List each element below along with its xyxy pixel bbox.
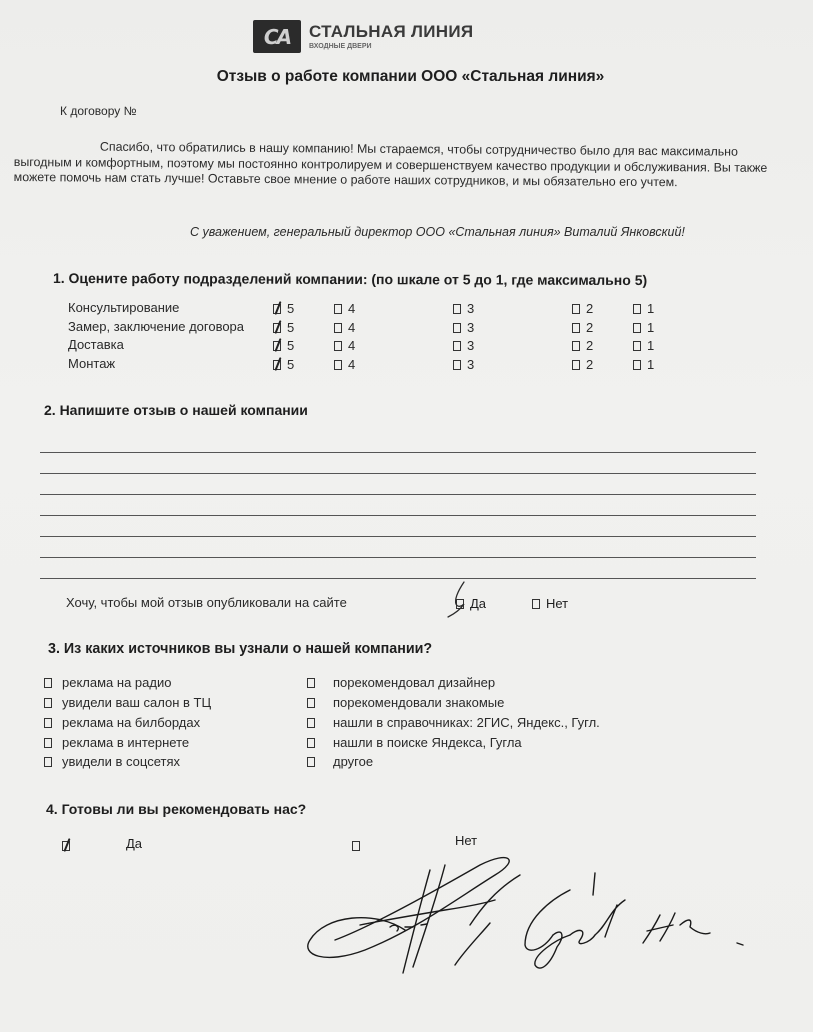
writing-line bbox=[40, 578, 756, 579]
rating-checkbox[interactable] bbox=[572, 323, 580, 333]
logo-subtitle: ВХОДНЫЕ ДВЕРИ bbox=[309, 42, 473, 51]
rating-value: 3 bbox=[467, 338, 474, 353]
rating-row-label: Доставка bbox=[68, 337, 124, 352]
source-option[interactable]: реклама на радио bbox=[44, 675, 171, 690]
rating-checkbox[interactable] bbox=[273, 341, 281, 351]
rating-option-3[interactable]: 3 bbox=[453, 338, 474, 353]
publish-question: Хочу, чтобы мой отзыв опубликовали на са… bbox=[66, 595, 347, 610]
publish-no-option[interactable]: Нет bbox=[532, 596, 568, 611]
rating-checkbox[interactable] bbox=[572, 304, 580, 314]
rating-checkbox[interactable] bbox=[273, 360, 281, 370]
source-checkbox[interactable] bbox=[307, 718, 315, 728]
rating-checkbox[interactable] bbox=[633, 323, 641, 333]
recommend-no-checkbox[interactable] bbox=[352, 841, 360, 851]
rating-checkbox[interactable] bbox=[453, 360, 461, 370]
source-label: увидели в соцсетях bbox=[62, 754, 180, 769]
rating-row-label: Консультирование bbox=[68, 300, 179, 315]
publish-no-checkbox[interactable] bbox=[532, 599, 540, 609]
rating-option-1[interactable]: 1 bbox=[633, 301, 654, 316]
rating-checkbox[interactable] bbox=[453, 304, 461, 314]
rating-value: 5 bbox=[287, 357, 294, 372]
recommend-no-label: Нет bbox=[455, 833, 477, 848]
source-label: нашли в поиске Яндекса, Гугла bbox=[333, 735, 522, 750]
rating-checkbox[interactable] bbox=[334, 304, 342, 314]
section3-heading: 3. Из каких источников вы узнали о нашей… bbox=[48, 641, 432, 657]
source-checkbox[interactable] bbox=[44, 738, 52, 748]
source-label: увидели ваш салон в ТЦ bbox=[62, 695, 211, 710]
source-checkbox[interactable] bbox=[44, 698, 52, 708]
rating-option-1[interactable]: 1 bbox=[633, 320, 654, 335]
source-option[interactable]: реклама на билбордах bbox=[44, 715, 200, 730]
rating-option-5[interactable]: 5 bbox=[273, 357, 294, 372]
source-option[interactable]: увидели ваш салон в ТЦ bbox=[44, 695, 211, 710]
source-checkbox[interactable] bbox=[44, 678, 52, 688]
rating-value: 3 bbox=[467, 301, 474, 316]
rating-value: 4 bbox=[348, 357, 355, 372]
handwritten-signature bbox=[295, 855, 765, 975]
rating-value: 3 bbox=[467, 357, 474, 372]
writing-line bbox=[40, 536, 756, 537]
writing-line bbox=[40, 473, 756, 474]
section4-heading: 4. Готовы ли вы рекомендовать нас? bbox=[46, 801, 306, 817]
publish-yes-checkmark-icon bbox=[438, 580, 478, 620]
recommend-yes-label: Да bbox=[126, 836, 142, 851]
recommend-yes-checkbox[interactable] bbox=[62, 841, 70, 851]
source-option[interactable]: порекомендовал дизайнер bbox=[307, 675, 495, 690]
intro-text: Спасибо, что обратились в нашу компанию!… bbox=[14, 139, 794, 192]
review-textarea[interactable] bbox=[40, 452, 756, 599]
rating-checkbox[interactable] bbox=[572, 341, 580, 351]
source-label: реклама на радио bbox=[62, 675, 171, 690]
writing-line bbox=[40, 515, 756, 516]
source-checkbox[interactable] bbox=[44, 718, 52, 728]
rating-option-2[interactable]: 2 bbox=[572, 357, 593, 372]
source-option[interactable]: нашли в справочниках: 2ГИС, Яндекс., Гуг… bbox=[307, 715, 600, 730]
rating-row-label: Монтаж bbox=[68, 356, 115, 371]
rating-value: 1 bbox=[647, 357, 654, 372]
rating-value: 1 bbox=[647, 320, 654, 335]
source-option[interactable]: другое bbox=[307, 754, 373, 769]
source-label: порекомендовал дизайнер bbox=[333, 675, 495, 690]
rating-option-1[interactable]: 1 bbox=[633, 357, 654, 372]
source-option[interactable]: нашли в поиске Яндекса, Гугла bbox=[307, 735, 522, 750]
rating-value: 5 bbox=[287, 301, 294, 316]
rating-value: 2 bbox=[586, 357, 593, 372]
writing-line bbox=[40, 452, 756, 453]
rating-option-1[interactable]: 1 bbox=[633, 338, 654, 353]
rating-value: 1 bbox=[647, 338, 654, 353]
rating-option-5[interactable]: 5 bbox=[273, 320, 294, 335]
rating-option-4[interactable]: 4 bbox=[334, 301, 355, 316]
rating-option-3[interactable]: 3 bbox=[453, 357, 474, 372]
source-checkbox[interactable] bbox=[44, 757, 52, 767]
contract-number-field[interactable]: К договору № bbox=[60, 104, 136, 118]
source-checkbox[interactable] bbox=[307, 698, 315, 708]
rating-value: 4 bbox=[348, 301, 355, 316]
rating-checkbox[interactable] bbox=[334, 360, 342, 370]
rating-option-2[interactable]: 2 bbox=[572, 320, 593, 335]
source-label: другое bbox=[333, 754, 373, 769]
rating-option-3[interactable]: 3 bbox=[453, 320, 474, 335]
rating-value: 2 bbox=[586, 320, 593, 335]
rating-value: 4 bbox=[348, 320, 355, 335]
rating-value: 2 bbox=[586, 338, 593, 353]
page-title: Отзыв о работе компании ООО «Стальная ли… bbox=[0, 68, 813, 86]
rating-option-5[interactable]: 5 bbox=[273, 338, 294, 353]
intro-paragraph: Спасибо, что обратились в нашу компанию!… bbox=[14, 139, 794, 192]
rating-checkbox[interactable] bbox=[334, 341, 342, 351]
rating-option-4[interactable]: 4 bbox=[334, 338, 355, 353]
source-checkbox[interactable] bbox=[307, 738, 315, 748]
rating-option-4[interactable]: 4 bbox=[334, 320, 355, 335]
rating-option-2[interactable]: 2 bbox=[572, 338, 593, 353]
source-label: порекомендовали знакомые bbox=[333, 695, 504, 710]
writing-line bbox=[40, 557, 756, 558]
section1-heading: 1. Оцените работу подразделений компании… bbox=[53, 270, 647, 288]
rating-value: 1 bbox=[647, 301, 654, 316]
rating-checkbox[interactable] bbox=[572, 360, 580, 370]
rating-checkbox[interactable] bbox=[633, 360, 641, 370]
regards-line: С уважением, генеральный директор ООО «С… bbox=[190, 225, 685, 239]
rating-checkbox[interactable] bbox=[453, 323, 461, 333]
rating-option-3[interactable]: 3 bbox=[453, 301, 474, 316]
rating-checkbox[interactable] bbox=[334, 323, 342, 333]
rating-option-4[interactable]: 4 bbox=[334, 357, 355, 372]
rating-value: 2 bbox=[586, 301, 593, 316]
rating-checkbox[interactable] bbox=[633, 304, 641, 314]
writing-line bbox=[40, 494, 756, 495]
rating-value: 3 bbox=[467, 320, 474, 335]
source-checkbox[interactable] bbox=[307, 678, 315, 688]
rating-option-5[interactable]: 5 bbox=[273, 301, 294, 316]
section2-heading: 2. Напишите отзыв о нашей компании bbox=[44, 402, 308, 418]
rating-option-2[interactable]: 2 bbox=[572, 301, 593, 316]
source-label: реклама в интернете bbox=[62, 735, 189, 750]
source-checkbox[interactable] bbox=[307, 757, 315, 767]
source-option[interactable]: увидели в соцсетях bbox=[44, 754, 180, 769]
rating-row-label: Замер, заключение договора bbox=[68, 319, 244, 334]
source-option[interactable]: реклама в интернете bbox=[44, 735, 189, 750]
rating-checkbox[interactable] bbox=[273, 323, 281, 333]
logo-name: СТАЛЬНАЯ ЛИНИЯ bbox=[309, 23, 473, 41]
rating-value: 5 bbox=[287, 320, 294, 335]
rating-checkbox[interactable] bbox=[453, 341, 461, 351]
source-option[interactable]: порекомендовали знакомые bbox=[307, 695, 504, 710]
rating-checkbox[interactable] bbox=[273, 304, 281, 314]
rating-value: 5 bbox=[287, 338, 294, 353]
rating-checkbox[interactable] bbox=[633, 341, 641, 351]
logo-mark-icon: CA bbox=[253, 20, 301, 53]
logo-text: СТАЛЬНАЯ ЛИНИЯ ВХОДНЫЕ ДВЕРИ bbox=[309, 23, 473, 51]
source-label: нашли в справочниках: 2ГИС, Яндекс., Гуг… bbox=[333, 715, 600, 730]
publish-no-label: Нет bbox=[546, 596, 568, 611]
rating-value: 4 bbox=[348, 338, 355, 353]
company-logo: CA СТАЛЬНАЯ ЛИНИЯ ВХОДНЫЕ ДВЕРИ bbox=[253, 20, 473, 53]
source-label: реклама на билбордах bbox=[62, 715, 200, 730]
